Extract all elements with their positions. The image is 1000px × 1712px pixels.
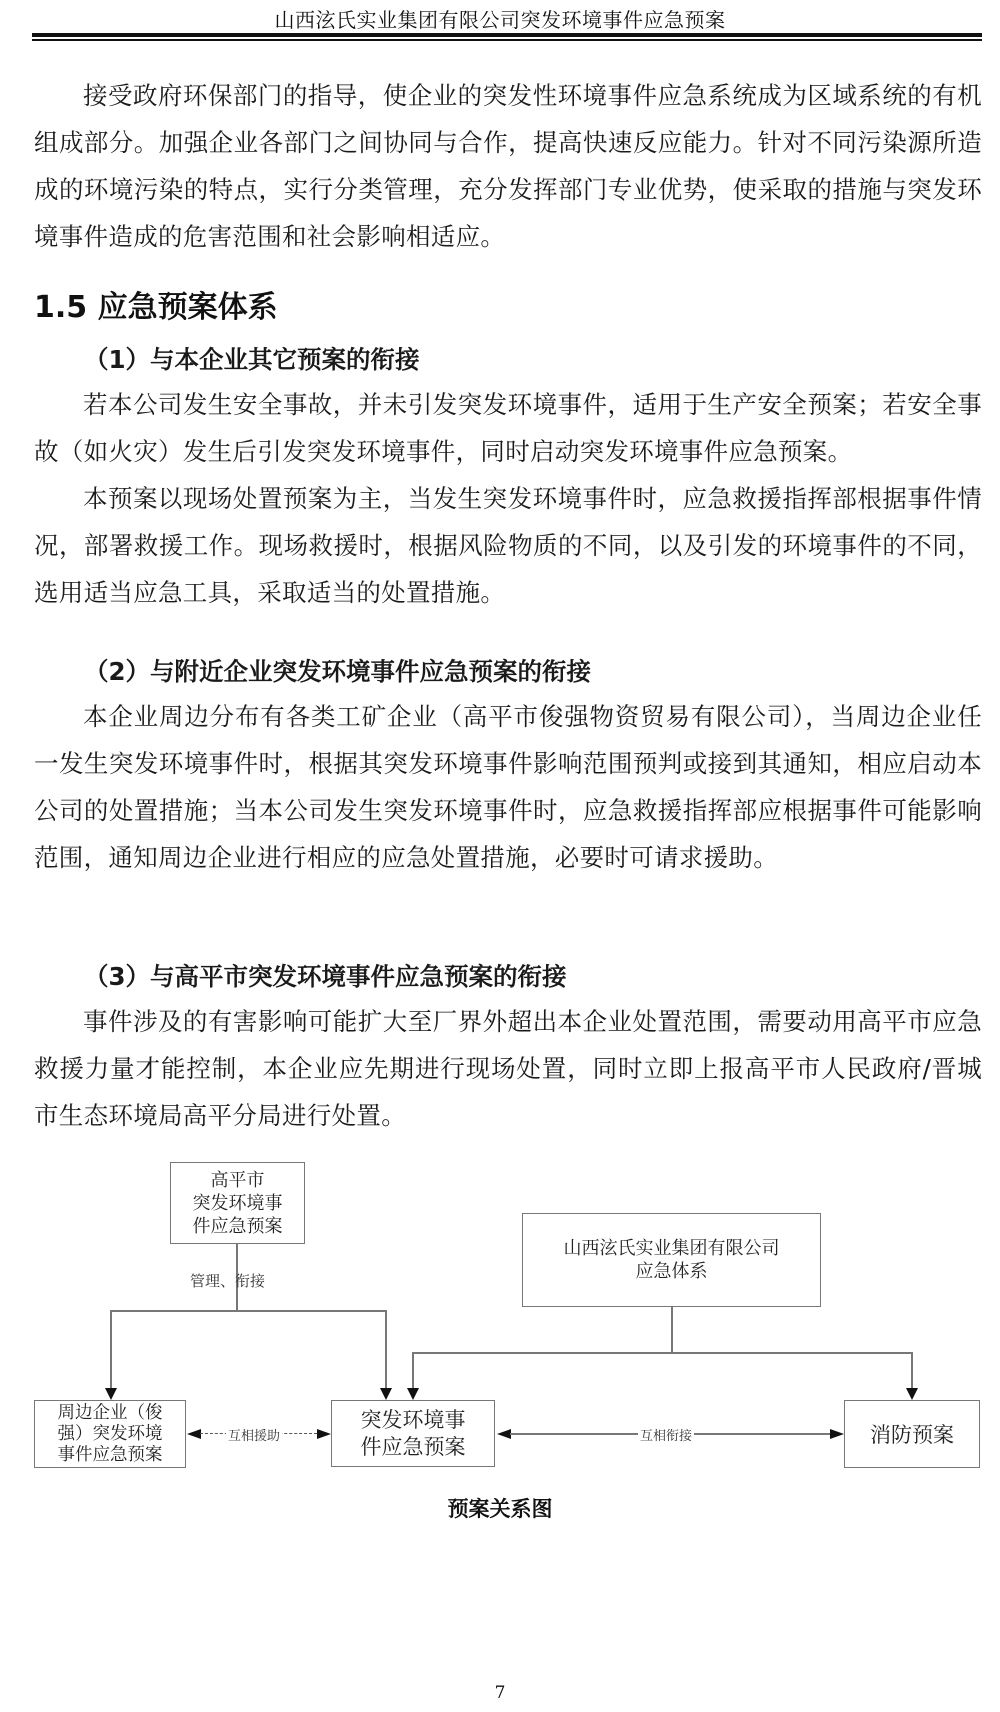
node-env-plan-line: 突发环境事 [361, 1407, 466, 1434]
node-city-plan-line: 突发环境事 [193, 1192, 283, 1215]
node-neighbor-plan-line: 强）突发环境 [58, 1424, 163, 1445]
arrow-down-icon [105, 1388, 117, 1400]
arrow-left-icon [497, 1429, 511, 1439]
node-neighbor-plan: 周边企业（俊 强）突发环境 事件应急预案 [34, 1400, 186, 1468]
edge-label-mutual-aid: 互相援助 [226, 1425, 282, 1444]
subsection-3-paragraph-1: 事件涉及的有害影响可能扩大至厂界外超出本企业处置范围，需要动用高平市应急救援力量… [34, 998, 982, 1139]
connector-line [412, 1352, 414, 1388]
node-fire-plan-line: 消防预案 [870, 1419, 954, 1449]
subsection-heading-2: （2）与附近企业突发环境事件应急预案的衔接 [84, 657, 591, 687]
edge-label-mutual-link: 互相衔接 [638, 1425, 694, 1444]
diagram-caption: 预案关系图 [0, 1493, 1000, 1523]
node-env-plan-line: 件应急预案 [361, 1434, 466, 1461]
header-rule-thin [32, 39, 982, 41]
arrow-left-icon [187, 1429, 201, 1439]
node-env-plan: 突发环境事 件应急预案 [331, 1400, 495, 1467]
arrow-down-icon [906, 1388, 918, 1400]
node-neighbor-plan-line: 事件应急预案 [58, 1445, 163, 1466]
subsection-heading-3: （3）与高平市突发环境事件应急预案的衔接 [84, 962, 567, 992]
page-number: 7 [0, 1683, 1000, 1703]
node-company-system: 山西泫氏实业集团有限公司 应急体系 [522, 1213, 821, 1307]
node-city-plan: 高平市 突发环境事 件应急预案 [170, 1162, 305, 1244]
connector-line [671, 1307, 673, 1353]
arrow-down-icon [380, 1388, 392, 1400]
connector-line [110, 1310, 112, 1388]
node-company-system-line: 应急体系 [636, 1260, 708, 1283]
arrow-right-icon [830, 1429, 844, 1439]
connector-line [911, 1352, 913, 1388]
node-neighbor-plan-line: 周边企业（俊 [58, 1403, 163, 1424]
node-company-system-line: 山西泫氏实业集团有限公司 [564, 1237, 780, 1260]
arrow-right-icon [317, 1429, 331, 1439]
subsection-2-paragraph-1: 本企业周边分布有各类工矿企业（高平市俊强物资贸易有限公司），当周边企业任一发生突… [34, 693, 982, 881]
document-header-title: 山西泫氏实业集团有限公司突发环境事件应急预案 [0, 4, 1000, 33]
subsection-1-paragraph-1: 若本公司发生安全事故，并未引发突发环境事件，适用于生产安全预案；若安全事故（如火… [34, 381, 982, 475]
edge-label-management: 管理、衔接 [188, 1270, 267, 1291]
connector-line [385, 1310, 387, 1388]
connector-line [110, 1310, 386, 1312]
node-city-plan-line: 高平市 [211, 1169, 265, 1192]
subsection-1-paragraph-2: 本预案以现场处置预案为主，当发生突发环境事件时，应急救援指挥部根据事件情况，部署… [34, 475, 982, 616]
header-rule [32, 33, 982, 37]
node-fire-plan: 消防预案 [844, 1400, 980, 1468]
connector-line [412, 1352, 913, 1354]
subsection-heading-1: （1）与本企业其它预案的衔接 [84, 345, 420, 375]
arrow-down-icon [407, 1388, 419, 1400]
node-city-plan-line: 件应急预案 [193, 1215, 283, 1238]
intro-paragraph: 接受政府环保部门的指导，使企业的突发性环境事件应急系统成为区域系统的有机组成部分… [34, 72, 982, 260]
section-title: 1.5 应急预案体系 [34, 288, 278, 328]
